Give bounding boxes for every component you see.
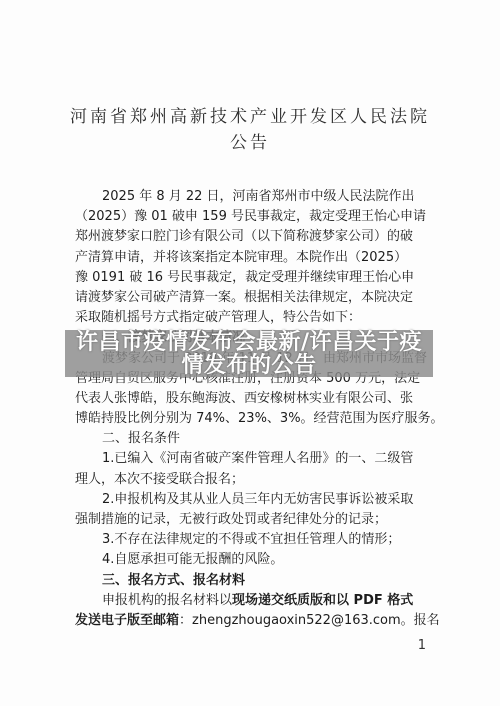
body-text-segment: 理人，本次不接受联合报名； bbox=[75, 472, 244, 487]
body-text-segment: 1.已编入《河南省破产案件管理人名册》的一、二级管 bbox=[102, 451, 413, 466]
body-text-segment: 3.不存在法律规定的不得或不宜担任管理人的情形； bbox=[102, 532, 400, 547]
body-text-segment: 2025 年 8 月 22 日，河南省郑州市中级人民法院作出 bbox=[102, 189, 415, 204]
overlay-banner-text-line-2: 情发布的公告 bbox=[181, 354, 316, 377]
document-text-line: 强制措施的记录，无被行政处罚或者纪律处分的记录； bbox=[75, 510, 431, 530]
document-body: 2025 年 8 月 22 日，河南省郑州市中级人民法院作出（2025）豫 01… bbox=[75, 187, 431, 631]
overlay-banner-text-line-1: 许昌市疫情发布会最新/许昌关于疫 bbox=[76, 331, 422, 354]
body-text-segment: 申报机构的报名材料以 bbox=[102, 593, 232, 608]
body-text-segment: 采取随机摇号方式指定破产管理人，特公告如下： bbox=[75, 310, 361, 325]
document-text-line: 三、报名方式、报名材料 bbox=[75, 571, 431, 591]
document-text-line: 3.不存在法律规定的不得或不宜担任管理人的情形； bbox=[75, 530, 431, 550]
document-text-line: 郑州渡梦家口腔门诊有限公司（以下简称渡梦家公司）的破 bbox=[75, 227, 431, 247]
body-text-bold-segment: 现场递交纸质版和以 PDF 格式 bbox=[232, 593, 413, 608]
document-text-line: 请渡梦家公司破产清算一案。根据相关法律规定，本院决定 bbox=[75, 288, 431, 308]
document-title-line-1: 河南省郑州高新技术产业开发区人民法院 bbox=[0, 104, 500, 130]
document-text-line: （2025）豫 01 破申 159 号民事裁定，裁定受理王怡心申请 bbox=[75, 207, 431, 227]
body-text-segment: 郑州渡梦家口腔门诊有限公司（以下简称渡梦家公司）的破 bbox=[75, 229, 413, 244]
document-text-line: 理人，本次不接受联合报名； bbox=[75, 470, 431, 490]
body-text-segment: 博皓持股比例分别为 74%、23%、3%。经营范围为医疗服务。 bbox=[75, 411, 444, 426]
document-text-line: 博皓持股比例分别为 74%、23%、3%。经营范围为医疗服务。 bbox=[75, 409, 431, 429]
body-text-segment: 产清算申请，并将该案指定本院审理。本院作出（2025） bbox=[75, 250, 407, 265]
document-text-line: 豫 0191 破 16 号民事裁定，裁定受理并继续审理王怡心申 bbox=[75, 268, 431, 288]
body-text-segment: 4.自愿承担可能无报酬的风险。 bbox=[102, 552, 283, 567]
watermark-overlay-banner: 许昌市疫情发布会最新/许昌关于疫 情发布的公告 bbox=[65, 330, 433, 377]
body-text-segment: 强制措施的记录，无被行政处罚或者纪律处分的记录； bbox=[75, 512, 387, 527]
document-text-line: 1.已编入《河南省破产案件管理人名册》的一、二级管 bbox=[75, 449, 431, 469]
document-text-line: 产清算申请，并将该案指定本院审理。本院作出（2025） bbox=[75, 248, 431, 268]
document-title-line-2: 公告 bbox=[0, 130, 500, 156]
body-text-segment: 代表人张博皓，股东鲍海波、西安橡树林实业有限公司、张 bbox=[75, 391, 413, 406]
document-text-line: 申报机构的报名材料以现场递交纸质版和以 PDF 格式 bbox=[75, 591, 431, 611]
page-number: 1 bbox=[418, 638, 426, 653]
body-text-segment: ：zhengzhougaoxin522@163.com。报名 bbox=[179, 613, 440, 628]
document-text-line: 代表人张博皓，股东鲍海波、西安橡树林实业有限公司、张 bbox=[75, 389, 431, 409]
body-text-segment: （2025）豫 01 破申 159 号民事裁定，裁定受理王怡心申请 bbox=[75, 209, 426, 224]
document-text-line: 2.申报机构及其从业人员三年内无妨害民事诉讼被采取 bbox=[75, 490, 431, 510]
document-text-line: 采取随机摇号方式指定破产管理人，特公告如下： bbox=[75, 308, 431, 328]
scanned-court-notice-page: 河南省郑州高新技术产业开发区人民法院 公告 2025 年 8 月 22 日，河南… bbox=[0, 0, 500, 706]
document-text-line: 2025 年 8 月 22 日，河南省郑州市中级人民法院作出 bbox=[75, 187, 431, 207]
body-text-segment: 二、报名条件 bbox=[102, 431, 180, 446]
body-text-bold-segment: 发送电子版至邮箱 bbox=[75, 613, 179, 628]
body-text-bold-segment: 三、报名方式、报名材料 bbox=[102, 573, 245, 588]
body-text-segment: 豫 0191 破 16 号民事裁定，裁定受理并继续审理王怡心申 bbox=[75, 270, 414, 285]
body-text-segment: 2.申报机构及其从业人员三年内无妨害民事诉讼被采取 bbox=[102, 492, 413, 507]
body-text-segment: 请渡梦家公司破产清算一案。根据相关法律规定，本院决定 bbox=[75, 290, 413, 305]
document-text-line: 4.自愿承担可能无报酬的风险。 bbox=[75, 550, 431, 570]
document-title: 河南省郑州高新技术产业开发区人民法院 公告 bbox=[0, 104, 500, 156]
document-text-line: 发送电子版至邮箱：zhengzhougaoxin522@163.com。报名 bbox=[75, 611, 431, 631]
document-text-line: 二、报名条件 bbox=[75, 429, 431, 449]
